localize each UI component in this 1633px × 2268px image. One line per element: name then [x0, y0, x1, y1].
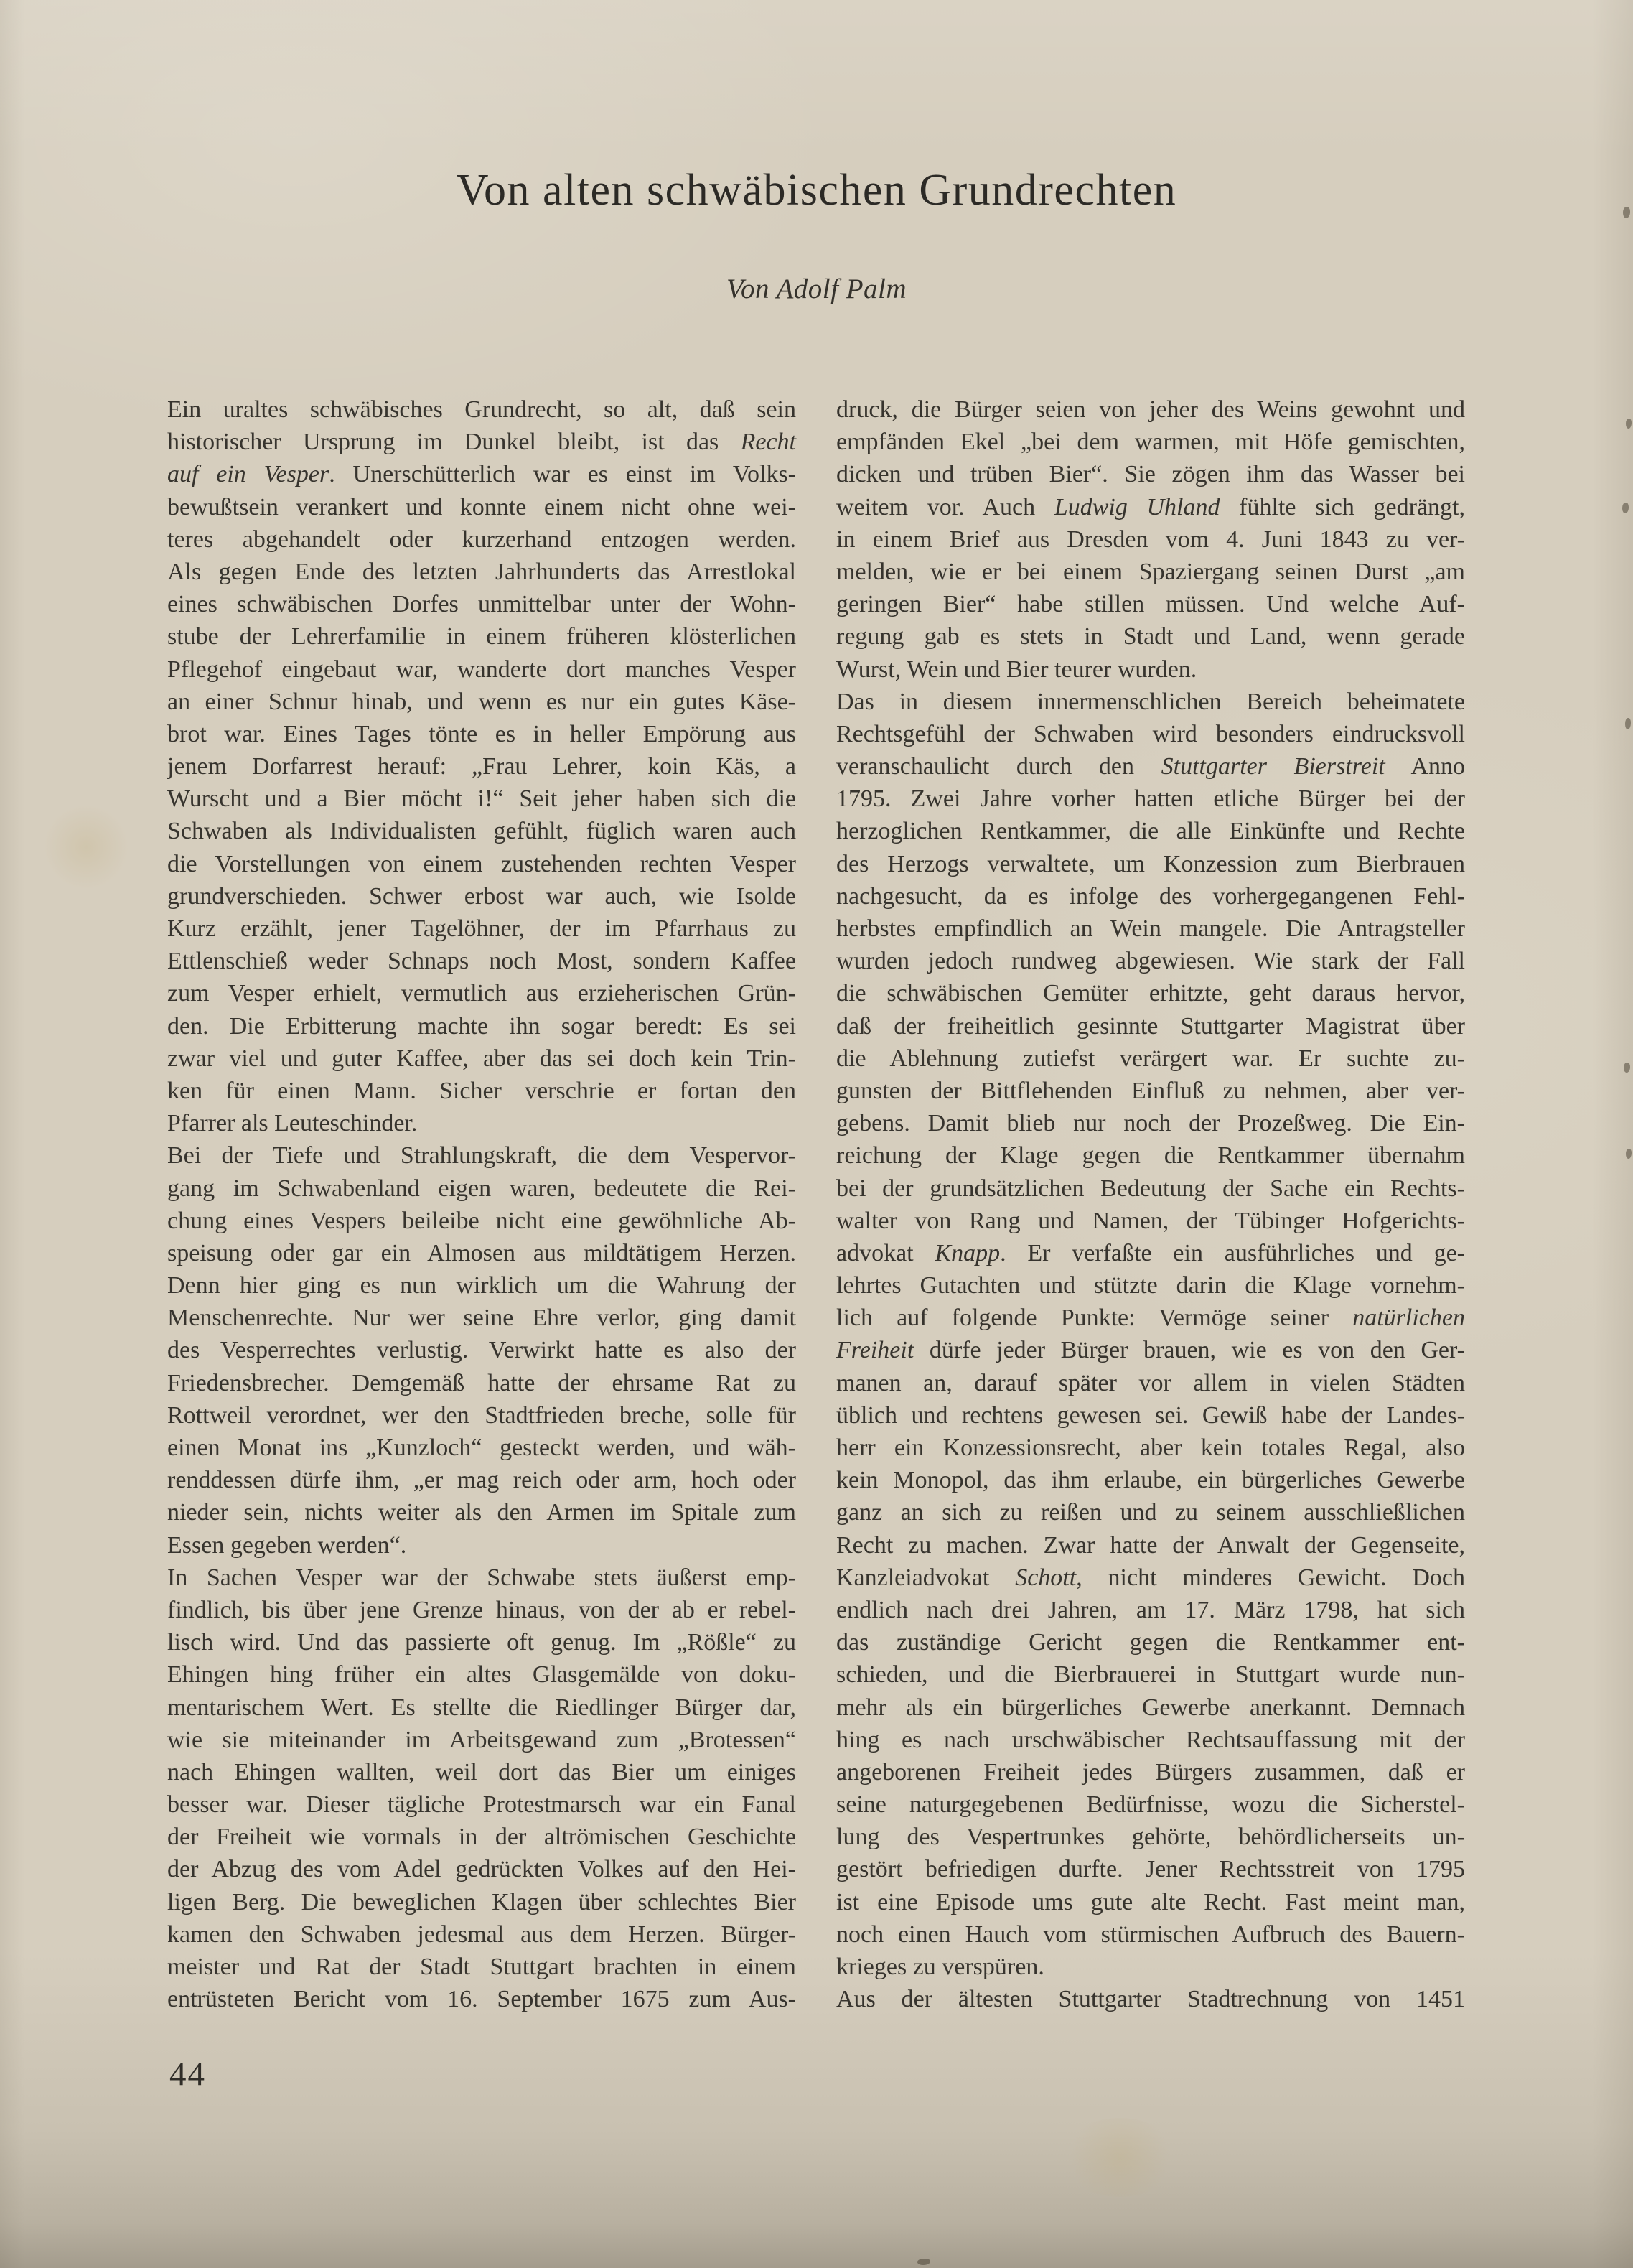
roman-text: krieges zu verspüren. [836, 1954, 1044, 1980]
text-line: Essen gegeben werden“. [167, 1529, 796, 1562]
text-line: brot war. Eines Tages tönte es in heller… [167, 718, 796, 750]
roman-text: fühlte sich gedrängt, [1220, 494, 1465, 521]
text-line: findlich, bis über jene Grenze hinaus, v… [167, 1594, 796, 1626]
roman-text: der Freiheit wie vormals in der altrömis… [167, 1824, 796, 1850]
roman-text: regung gab es stets in Stadt und Land, w… [836, 623, 1465, 650]
italic-text: natürlichen [1352, 1305, 1465, 1331]
roman-text: advokat [836, 1240, 935, 1266]
text-line: walter von Rang und Namen, der Tübinger … [836, 1205, 1465, 1237]
text-line: manen an, darauf später vor allem in vie… [836, 1367, 1465, 1399]
roman-text: entrüsteten Bericht vom 16. September 16… [167, 1986, 796, 2012]
roman-text: Bei der Tiefe und Strahlungskraft, die d… [167, 1142, 796, 1169]
roman-text: die Ablehnung zutiefst verärgert war. Er… [836, 1045, 1465, 1072]
roman-text: Pflegehof eingebaut war, wanderte dort m… [167, 656, 796, 683]
text-line: das zuständige Gericht gegen die Rentkam… [836, 1626, 1465, 1658]
roman-text: Friedensbrecher. Demgemäß hatte der ehrs… [167, 1370, 796, 1396]
roman-text: historischer Ursprung im Dunkel bleibt, … [167, 429, 741, 455]
roman-text: ken für einen Mann. Sicher verschrie er … [167, 1078, 796, 1104]
italic-text: auf ein Vesper [167, 461, 329, 487]
roman-text: nachgesucht, da es infolge des vorhergeg… [836, 883, 1465, 910]
text-line: Rottweil verordnet, wer den Stadtfrieden… [167, 1399, 796, 1432]
text-line: gestört befriedigen durfte. Jener Rechts… [836, 1853, 1465, 1885]
page-edge-artifact [917, 2259, 930, 2265]
text-line: Wurscht und a Bier möcht i!“ Seit jeher … [167, 783, 796, 815]
text-line: ken für einen Mann. Sicher verschrie er … [167, 1075, 796, 1107]
text-line: Pflegehof eingebaut war, wanderte dort m… [167, 653, 796, 686]
paper-stain [1062, 2118, 1177, 2197]
text-line: mehr als ein bürgerliches Gewerbe anerka… [836, 1691, 1465, 1724]
text-line: Ehingen hing früher ein altes Glasgemäld… [167, 1658, 796, 1691]
text-line: besser war. Dieser tägliche Protestmarsc… [167, 1788, 796, 1821]
roman-text: gang im Schwabenland eigen waren, bedeut… [167, 1175, 796, 1202]
right-column: druck, die Bürger seien von jeher des We… [836, 393, 1465, 2015]
italic-text: Knapp [935, 1240, 1000, 1266]
roman-text: jenem Dorfarrest herauf: „Frau Lehrer, k… [167, 753, 796, 780]
text-line: Rechtsgefühl der Schwaben wird besonders… [836, 718, 1465, 750]
text-line: nieder sein, nichts weiter als den Armen… [167, 1496, 796, 1529]
text-line: Ein uraltes schwäbisches Grundrecht, so … [167, 393, 796, 426]
roman-text: Als gegen Ende des letzten Jahrhunderts … [167, 559, 796, 585]
text-line: gebens. Damit blieb nur noch der Prozeßw… [836, 1107, 1465, 1139]
text-line: entrüsteten Bericht vom 16. September 16… [167, 1983, 796, 2015]
roman-text: eines schwäbischen Dorfes unmittelbar un… [167, 591, 796, 617]
roman-text: Rottweil verordnet, wer den Stadtfrieden… [167, 1402, 796, 1429]
text-line: Kurz erzählt, jener Tagelöhner, der im P… [167, 913, 796, 945]
text-line: kamen den Schwaben jedesmal aus dem Herz… [167, 1918, 796, 1951]
text-line: gunsten der Bittflehenden Einfluß zu neh… [836, 1075, 1465, 1107]
roman-text: Denn hier ging es nun wirklich um die Wa… [167, 1272, 796, 1299]
roman-text: lich auf folgende Punkte: Vermöge seiner [836, 1305, 1352, 1331]
text-line: lich auf folgende Punkte: Vermöge seiner… [836, 1302, 1465, 1334]
roman-text: weitem vor. Auch [836, 494, 1054, 521]
text-line: auf ein Vesper. Unerschütterlich war es … [167, 458, 796, 490]
roman-text: Kurz erzählt, jener Tagelöhner, der im P… [167, 915, 796, 942]
text-line: nach Ehingen wallten, weil dort das Bier… [167, 1756, 796, 1788]
text-line: zwar viel und guter Kaffee, aber das sei… [167, 1042, 796, 1075]
roman-text: wie sie miteinander im Arbeitsgewand zum… [167, 1727, 796, 1753]
italic-text: Freiheit [836, 1337, 914, 1363]
roman-text: . Unerschütterlich war es einst im Volks… [329, 461, 796, 487]
text-line: Das in diesem innermenschlichen Bereich … [836, 686, 1465, 718]
text-line: Aus der ältesten Stuttgarter Stadtrechnu… [836, 1983, 1465, 2015]
roman-text: , nicht minderes Gewicht. Doch [1076, 1564, 1465, 1591]
roman-text: Kanzleiadvokat [836, 1564, 1015, 1591]
roman-text: Wurscht und a Bier möcht i!“ Seit jeher … [167, 785, 796, 812]
text-line: chung eines Vespers beileibe nicht eine … [167, 1205, 796, 1237]
roman-text: Ettlenschieß weder Schnaps noch Most, so… [167, 948, 796, 974]
text-line: ligen Berg. Die beweglichen Klagen über … [167, 1886, 796, 1918]
roman-text: mentarischem Wert. Es stellte die Riedli… [167, 1694, 796, 1721]
page-title: Von alten schwäbischen Grundrechten [0, 168, 1633, 213]
roman-text: renddessen dürfe ihm, „er mag reich oder… [167, 1467, 796, 1493]
page-edge-artifact [1624, 1063, 1630, 1073]
text-line: meister und Rat der Stadt Stuttgart brac… [167, 1951, 796, 1983]
roman-text: ganz an sich zu reißen und zu seinem aus… [836, 1499, 1465, 1526]
text-line: die Vorstellungen von einem zustehenden … [167, 848, 796, 880]
text-columns: Ein uraltes schwäbisches Grundrecht, so … [167, 393, 1465, 2015]
page-edge-artifact [1622, 503, 1629, 513]
roman-text: manen an, darauf später vor allem in vie… [836, 1370, 1465, 1396]
roman-text: herzoglichen Rentkammer, die alle Einkün… [836, 818, 1465, 844]
text-line: Wurst, Wein und Bier teurer wurden. [836, 653, 1465, 686]
text-line: schieden, und die Bierbrauerei in Stuttg… [836, 1658, 1465, 1691]
roman-text: reichung der Klage gegen die Rentkammer … [836, 1142, 1465, 1169]
roman-text: den. Die Erbitterung machte ihn sogar be… [167, 1013, 796, 1040]
roman-text: geringen Bier“ habe stillen müssen. Und … [836, 591, 1465, 617]
roman-text: stube der Lehrerfamilie in einem frühere… [167, 623, 796, 650]
text-line: lisch wird. Und das passierte oft genug.… [167, 1626, 796, 1658]
text-line: advokat Knapp. Er verfaßte ein ausführli… [836, 1237, 1465, 1269]
roman-text: walter von Rang und Namen, der Tübinger … [836, 1208, 1465, 1234]
text-line: Ettlenschieß weder Schnaps noch Most, so… [167, 945, 796, 977]
text-line: eines schwäbischen Dorfes unmittelbar un… [167, 588, 796, 620]
text-line: noch einen Hauch vom stürmischen Aufbruc… [836, 1918, 1465, 1951]
italic-text: Schott [1015, 1564, 1076, 1591]
text-line: bei der grundsätzlichen Bedeutung der Sa… [836, 1172, 1465, 1205]
text-line: herr ein Konzessionsrecht, aber kein tot… [836, 1432, 1465, 1464]
roman-text: wurden jedoch rundweg abgewiesen. Wie st… [836, 948, 1465, 974]
roman-text: die schwäbischen Gemüter erhitzte, geht … [836, 980, 1465, 1007]
text-line: zum Vesper erhielt, vermutlich aus erzie… [167, 977, 796, 1009]
text-line: melden, wie er bei einem Spaziergang sei… [836, 556, 1465, 588]
text-line: reichung der Klage gegen die Rentkammer … [836, 1139, 1465, 1172]
text-line: an einer Schnur hinab, und wenn es nur e… [167, 686, 796, 718]
roman-text: lung des Vespertrunkes gehörte, behördli… [836, 1824, 1465, 1850]
text-line: In Sachen Vesper war der Schwabe stets ä… [167, 1562, 796, 1594]
text-line: Schwaben als Individualisten gefühlt, fü… [167, 815, 796, 847]
roman-text: Wurst, Wein und Bier teurer wurden. [836, 656, 1197, 683]
italic-text: Stuttgarter Bierstreit [1161, 753, 1385, 780]
text-line: Denn hier ging es nun wirklich um die Wa… [167, 1269, 796, 1302]
roman-text: lisch wird. Und das passierte oft genug.… [167, 1629, 796, 1656]
roman-text: in einem Brief aus Dresden vom 4. Juni 1… [836, 526, 1465, 553]
roman-text: noch einen Hauch vom stürmischen Aufbruc… [836, 1921, 1465, 1948]
roman-text: bei der grundsätzlichen Bedeutung der Sa… [836, 1175, 1465, 1202]
text-line: Als gegen Ende des letzten Jahrhunderts … [167, 556, 796, 588]
text-line: die schwäbischen Gemüter erhitzte, geht … [836, 977, 1465, 1009]
roman-text: die Vorstellungen von einem zustehenden … [167, 851, 796, 877]
text-line: geringen Bier“ habe stillen müssen. Und … [836, 588, 1465, 620]
text-line: stube der Lehrerfamilie in einem frühere… [167, 620, 796, 653]
roman-text: zwar viel und guter Kaffee, aber das sei… [167, 1045, 796, 1072]
page-edge-artifact [1623, 207, 1630, 218]
text-line: Friedensbrecher. Demgemäß hatte der ehrs… [167, 1367, 796, 1399]
text-line: daß der freiheitlich gesinnte Stuttgarte… [836, 1010, 1465, 1042]
text-line: Recht zu machen. Zwar hatte der Anwalt d… [836, 1529, 1465, 1562]
roman-text: üblich und rechtens gewesen sei. Gewiß h… [836, 1402, 1465, 1429]
text-line: Kanzleiadvokat Schott, nicht minderes Ge… [836, 1562, 1465, 1594]
roman-text: Das in diesem innermenschlichen Bereich … [836, 689, 1465, 715]
roman-text: empfänden Ekel „bei dem warmen, mit Höfe… [836, 429, 1465, 455]
roman-text: findlich, bis über jene Grenze hinaus, v… [167, 1597, 796, 1623]
roman-text: das zuständige Gericht gegen die Rentkam… [836, 1629, 1465, 1656]
roman-text: einen Monat ins „Kunzloch“ gesteckt werd… [167, 1434, 796, 1461]
text-line: historischer Ursprung im Dunkel bleibt, … [167, 426, 796, 458]
roman-text: chung eines Vespers beileibe nicht eine … [167, 1208, 796, 1234]
text-line: speisung oder gar ein Almosen aus mildtä… [167, 1237, 796, 1269]
text-line: gang im Schwabenland eigen waren, bedeut… [167, 1172, 796, 1205]
roman-text: Pfarrer als Leuteschinder. [167, 1110, 417, 1137]
page-number: 44 [169, 2055, 206, 2094]
roman-text: dürfe jeder Bürger brauen, wie es von de… [914, 1337, 1465, 1363]
text-line: üblich und rechtens gewesen sei. Gewiß h… [836, 1399, 1465, 1432]
roman-text: melden, wie er bei einem Spaziergang sei… [836, 559, 1465, 585]
roman-text: Ehingen hing früher ein altes Glasgemäld… [167, 1661, 796, 1688]
roman-text: kamen den Schwaben jedesmal aus dem Herz… [167, 1921, 796, 1948]
text-line: mentarischem Wert. Es stellte die Riedli… [167, 1691, 796, 1724]
roman-text: speisung oder gar ein Almosen aus mildtä… [167, 1240, 796, 1266]
text-line: endlich nach drei Jahren, am 17. März 17… [836, 1594, 1465, 1626]
roman-text: angeborenen Freiheit jedes Bürgers zusam… [836, 1759, 1465, 1786]
text-line: nachgesucht, da es infolge des vorhergeg… [836, 880, 1465, 913]
text-line: die Ablehnung zutiefst verärgert war. Er… [836, 1042, 1465, 1075]
text-line: Freiheit dürfe jeder Bürger brauen, wie … [836, 1334, 1465, 1366]
roman-text: 1795. Zwei Jahre vorher hatten etliche B… [836, 785, 1465, 812]
text-line: jenem Dorfarrest herauf: „Frau Lehrer, k… [167, 750, 796, 783]
roman-text: Rechtsgefühl der Schwaben wird besonders… [836, 721, 1465, 747]
text-line: seine naturgegebenen Bedürfnisse, wozu d… [836, 1788, 1465, 1821]
roman-text: nieder sein, nichts weiter als den Armen… [167, 1499, 796, 1526]
text-line: des Vesperrechtes verlustig. Verwirkt ha… [167, 1334, 796, 1366]
page-edge-artifact [1625, 718, 1631, 729]
roman-text: Menschenrechte. Nur wer seine Ehre verlo… [167, 1305, 796, 1331]
roman-text: gunsten der Bittflehenden Einfluß zu neh… [836, 1078, 1465, 1104]
roman-text: herr ein Konzessionsrecht, aber kein tot… [836, 1434, 1465, 1461]
left-column: Ein uraltes schwäbisches Grundrecht, so … [167, 393, 796, 2015]
text-line: Pfarrer als Leuteschinder. [167, 1107, 796, 1139]
roman-text: bewußtsein verankert und konnte einem ni… [167, 494, 796, 521]
roman-text: brot war. Eines Tages tönte es in heller… [167, 721, 796, 747]
text-line: Bei der Tiefe und Strahlungskraft, die d… [167, 1139, 796, 1172]
roman-text: dicken und trüben Bier“. Sie zögen ihm d… [836, 461, 1465, 487]
text-line: den. Die Erbitterung machte ihn sogar be… [167, 1010, 796, 1042]
text-line: angeborenen Freiheit jedes Bürgers zusam… [836, 1756, 1465, 1788]
roman-text: druck, die Bürger seien von jeher des We… [836, 396, 1465, 423]
text-line: einen Monat ins „Kunzloch“ gesteckt werd… [167, 1432, 796, 1464]
text-line: empfänden Ekel „bei dem warmen, mit Höfe… [836, 426, 1465, 458]
byline: Von Adolf Palm [0, 273, 1633, 305]
paper-stain [43, 804, 129, 890]
text-line: teres abgehandelt oder kurzerhand entzog… [167, 523, 796, 556]
text-line: lehrtes Gutachten und stützte darin die … [836, 1269, 1465, 1302]
book-page: Von alten schwäbischen Grundrechten Von … [0, 0, 1633, 2268]
text-line: veranschaulicht durch den Stuttgarter Bi… [836, 750, 1465, 783]
text-line: in einem Brief aus Dresden vom 4. Juni 1… [836, 523, 1465, 556]
text-line: Menschenrechte. Nur wer seine Ehre verlo… [167, 1302, 796, 1334]
roman-text: ligen Berg. Die beweglichen Klagen über … [167, 1889, 796, 1915]
roman-text: Recht zu machen. Zwar hatte der Anwalt d… [836, 1532, 1465, 1559]
text-line: ist eine Episode ums gute alte Recht. Fa… [836, 1886, 1465, 1918]
text-line: weitem vor. Auch Ludwig Uhland fühlte si… [836, 491, 1465, 523]
italic-text: Recht [741, 429, 796, 455]
page-edge-artifact [1626, 419, 1632, 429]
roman-text: Schwaben als Individualisten gefühlt, fü… [167, 818, 796, 844]
roman-text: an einer Schnur hinab, und wenn es nur e… [167, 689, 796, 715]
roman-text: herbstes empfindlich an Wein mangele. Di… [836, 915, 1465, 942]
roman-text: seine naturgegebenen Bedürfnisse, wozu d… [836, 1791, 1465, 1818]
roman-text: Ein uraltes schwäbisches Grundrecht, so … [167, 396, 796, 423]
text-line: herbstes empfindlich an Wein mangele. Di… [836, 913, 1465, 945]
text-line: bewußtsein verankert und konnte einem ni… [167, 491, 796, 523]
roman-text: grundverschieden. Schwer erbost war auch… [167, 883, 796, 910]
roman-text: nach Ehingen wallten, weil dort das Bier… [167, 1759, 796, 1786]
text-line: grundverschieden. Schwer erbost war auch… [167, 880, 796, 913]
italic-text: Ludwig Uhland [1054, 494, 1220, 521]
roman-text: In Sachen Vesper war der Schwabe stets ä… [167, 1564, 796, 1591]
roman-text: Essen gegeben werden“. [167, 1532, 406, 1559]
roman-text: lehrtes Gutachten und stützte darin die … [836, 1272, 1465, 1299]
roman-text: besser war. Dieser tägliche Protestmarsc… [167, 1791, 796, 1818]
text-line: ganz an sich zu reißen und zu seinem aus… [836, 1496, 1465, 1529]
text-line: lung des Vespertrunkes gehörte, behördli… [836, 1821, 1465, 1853]
text-line: herzoglichen Rentkammer, die alle Einkün… [836, 815, 1465, 847]
roman-text: des Herzogs verwaltete, um Konzession zu… [836, 851, 1465, 877]
text-line: krieges zu verspüren. [836, 1951, 1465, 1983]
text-line: des Herzogs verwaltete, um Konzession zu… [836, 848, 1465, 880]
text-line: renddessen dürfe ihm, „er mag reich oder… [167, 1464, 796, 1496]
roman-text: mehr als ein bürgerliches Gewerbe anerka… [836, 1694, 1465, 1721]
roman-text: veranschaulicht durch den [836, 753, 1161, 780]
roman-text: der Abzug des vom Adel gedrückten Volkes… [167, 1856, 796, 1882]
roman-text: schieden, und die Bierbrauerei in Stuttg… [836, 1661, 1465, 1688]
roman-text: meister und Rat der Stadt Stuttgart brac… [167, 1954, 796, 1980]
roman-text: endlich nach drei Jahren, am 17. März 17… [836, 1597, 1465, 1623]
text-line: wurden jedoch rundweg abgewiesen. Wie st… [836, 945, 1465, 977]
text-line: dicken und trüben Bier“. Sie zögen ihm d… [836, 458, 1465, 490]
roman-text: zum Vesper erhielt, vermutlich aus erzie… [167, 980, 796, 1007]
page-edge-artifact [1626, 1149, 1632, 1159]
roman-text: Aus der ältesten Stuttgarter Stadtrechnu… [836, 1986, 1465, 2012]
text-line: druck, die Bürger seien von jeher des We… [836, 393, 1465, 426]
text-line: hing es nach urschwäbischer Rechtsauffas… [836, 1724, 1465, 1756]
roman-text: . Er verfaßte ein ausführliches und ge- [1000, 1240, 1465, 1266]
roman-text: gebens. Damit blieb nur noch der Prozeßw… [836, 1110, 1465, 1137]
roman-text: Anno [1385, 753, 1465, 780]
roman-text: ist eine Episode ums gute alte Recht. Fa… [836, 1889, 1465, 1915]
text-line: 1795. Zwei Jahre vorher hatten etliche B… [836, 783, 1465, 815]
roman-text: daß der freiheitlich gesinnte Stuttgarte… [836, 1013, 1465, 1040]
text-line: regung gab es stets in Stadt und Land, w… [836, 620, 1465, 653]
roman-text: hing es nach urschwäbischer Rechtsauffas… [836, 1727, 1465, 1753]
roman-text: gestört befriedigen durfte. Jener Rechts… [836, 1856, 1465, 1882]
text-line: der Freiheit wie vormals in der altrömis… [167, 1821, 796, 1853]
text-line: wie sie miteinander im Arbeitsgewand zum… [167, 1724, 796, 1756]
roman-text: teres abgehandelt oder kurzerhand entzog… [167, 526, 796, 553]
text-line: der Abzug des vom Adel gedrückten Volkes… [167, 1853, 796, 1885]
roman-text: kein Monopol, das ihm erlaube, ein bürge… [836, 1467, 1465, 1493]
roman-text: des Vesperrechtes verlustig. Verwirkt ha… [167, 1337, 796, 1363]
text-line: kein Monopol, das ihm erlaube, ein bürge… [836, 1464, 1465, 1496]
